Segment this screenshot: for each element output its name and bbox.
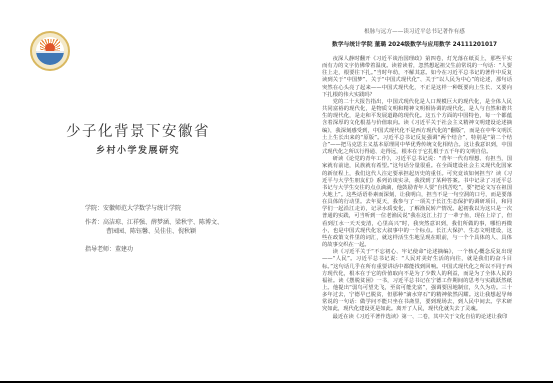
authors-block: 作者：高洁琼、江祥强、薛梦涵、梁秋宇、陈博文、 曹园园、陈钰馨、吴佳佳、倪秋颖 [85, 218, 223, 236]
essay-paragraph: 夜深人静时翻开《习近平谈治国理政》第四卷，灯光落在纸页上，那些平实而有力的文字仿… [322, 56, 512, 99]
essay-byline: 数学与统计学院 董璐 2024级数学与应用数学 24111201017 [276, 39, 553, 48]
essay-body: 夜深人静时翻开《习近平谈治国理政》第四卷，灯光落在纸页上，那些平实而有力的文字仿… [322, 56, 512, 321]
advisor-value: 董建功 [115, 246, 133, 253]
school-label: 学院： [85, 205, 103, 212]
school-value: 安徽师范大学数学与统计学院 [103, 205, 181, 212]
essay-page: 根脉与远方——读习近平总书记著作有感 数学与统计学院 董璐 2024级数学与应用… [276, 0, 553, 381]
advisor-line: 指导老师：董建功 [85, 245, 133, 254]
school-line: 学院：安徽师范大学数学与统计学院 [85, 204, 181, 213]
cover-title: 少子化背景下安徽省 [0, 120, 276, 141]
essay-title: 根脉与远方——读习近平总书记著作有感 [276, 27, 553, 35]
authors-line-1: 高洁琼、江祥强、薛梦涵、梁秋宇、陈博文、 [103, 219, 223, 226]
essay-paragraph: 研读《论党的青年工作》，习近平总书记说：“青年一代有理想、有担当，国家就有前途，… [322, 156, 512, 249]
essay-paragraph: 党的二十大报告指出，中国式现代化是人口规模巨大的现代化，是全体人民共同富裕的现代… [322, 99, 512, 156]
authors-line-2: 曹园园、陈钰馨、吴佳佳、倪秋颖 [85, 227, 223, 236]
cover-subtitle: 乡村小学发展研究 [0, 143, 276, 156]
essay-paragraph: 最近在读《习近平著作选读》第一、二卷，其中关于文化自信的论述让我印 [322, 314, 512, 321]
authors-label: 作者： [85, 219, 103, 226]
cover-page: 少子化背景下安徽省 乡村小学发展研究 学院：安徽师范大学数学与统计学院 作者：高… [0, 0, 276, 381]
university-emblem-icon [30, 31, 70, 71]
essay-paragraph: 读《习近平关于“不忘初心、牢记使命”论述摘编》，一个核心概念反复出现——“人民”… [322, 249, 512, 313]
advisor-label: 指导老师： [85, 246, 115, 253]
